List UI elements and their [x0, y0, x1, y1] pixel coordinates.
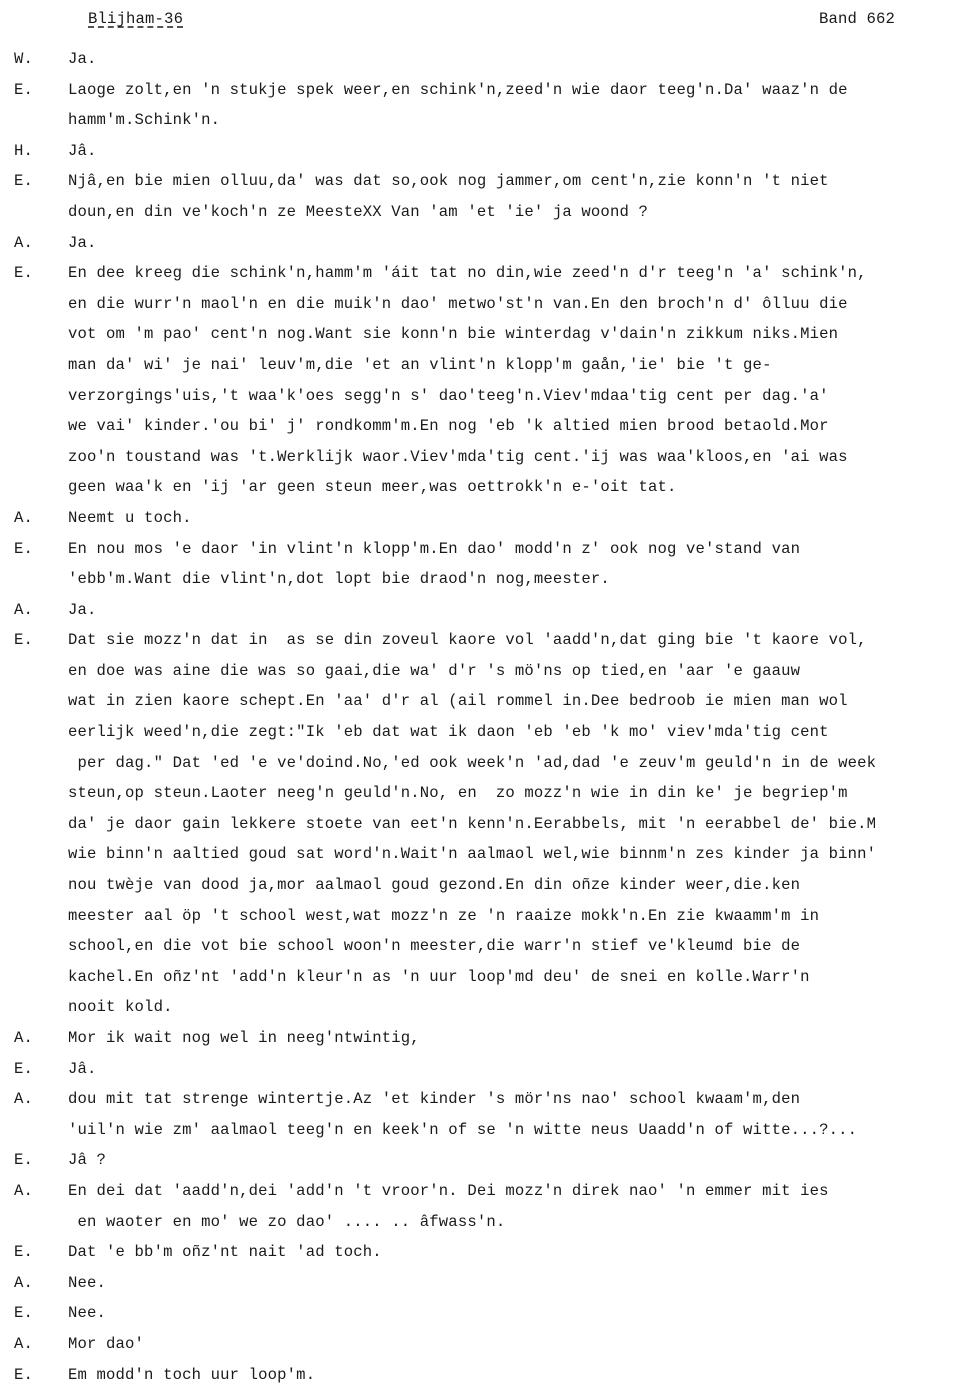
speech-line: Jâ. — [68, 136, 969, 167]
speech-text: Njâ,en bie mien olluu,da' was dat so,ook… — [68, 166, 973, 227]
transcript-body: W.Ja.E.Laoge zolt,en 'n stukje spek weer… — [0, 44, 973, 1390]
transcript-turn: E.En dee kreeg die schink'n,hamm'm 'áit … — [0, 258, 973, 503]
speech-line: Nee. — [68, 1298, 969, 1329]
speech-line: per dag." Dat 'ed 'e ve'doind.No,'ed ook… — [68, 748, 969, 779]
transcript-turn: A.Mor ik wait nog wel in neeg'ntwintig, — [0, 1023, 973, 1054]
speaker-label: W. — [0, 44, 68, 75]
speaker-label: E. — [0, 534, 68, 565]
speech-line: dou mit tat strenge wintertje.Az 'et kin… — [68, 1084, 969, 1115]
transcript-turn: E.Dat sie mozz'n dat in as se din zoveul… — [0, 625, 973, 1023]
transcript-page: Blijham-36 Band 662 W.Ja.E.Laoge zolt,en… — [0, 0, 973, 1393]
speech-line: Njâ,en bie mien olluu,da' was dat so,ook… — [68, 166, 969, 197]
speech-line: we vai' kinder.'ou bi' j' rondkomm'm.En … — [68, 411, 969, 442]
speech-text: Jâ. — [68, 136, 973, 167]
speech-text: Nee. — [68, 1268, 973, 1299]
speaker-label: A. — [0, 228, 68, 259]
speech-line: Jâ. — [68, 1054, 969, 1085]
transcript-turn: A.Ja. — [0, 595, 973, 626]
transcript-turn: E.Njâ,en bie mien olluu,da' was dat so,o… — [0, 166, 973, 227]
speech-text: En dei dat 'aadd'n,dei 'add'n 't vroor'n… — [68, 1176, 973, 1237]
speech-line: steun,op steun.Laoter neeg'n geuld'n.No,… — [68, 778, 969, 809]
transcript-turn: A.Mor dao' — [0, 1329, 973, 1360]
speech-line: Laoge zolt,en 'n stukje spek weer,en sch… — [68, 75, 969, 106]
speaker-label: A. — [0, 1176, 68, 1207]
speaker-label: E. — [0, 1298, 68, 1329]
transcript-turn: E.Jâ. — [0, 1054, 973, 1085]
speech-line: Jâ ? — [68, 1145, 969, 1176]
transcript-turn: E.Jâ ? — [0, 1145, 973, 1176]
speaker-label: E. — [0, 1145, 68, 1176]
speech-line: Neemt u toch. — [68, 503, 969, 534]
transcript-turn: A.En dei dat 'aadd'n,dei 'add'n 't vroor… — [0, 1176, 973, 1237]
speech-line: Mor ik wait nog wel in neeg'ntwintig, — [68, 1023, 969, 1054]
speech-text: En nou mos 'e daor 'in vlint'n klopp'm.E… — [68, 534, 973, 595]
transcript-turn: A.Nee. — [0, 1268, 973, 1299]
speech-text: Jâ. — [68, 1054, 973, 1085]
speech-line: En nou mos 'e daor 'in vlint'n klopp'm.E… — [68, 534, 969, 565]
speaker-label: A. — [0, 1023, 68, 1054]
document-title: Blijham-36 — [88, 10, 183, 28]
speech-line: meester aal öp 't school west,wat mozz'n… — [68, 901, 969, 932]
speech-text: Laoge zolt,en 'n stukje spek weer,en sch… — [68, 75, 973, 136]
speech-line: nou twèje van dood ja,mor aalmaol goud g… — [68, 870, 969, 901]
transcript-turn: E.Dat 'e bb'm oñz'nt nait 'ad toch. — [0, 1237, 973, 1268]
speech-line: vot om 'm pao' cent'n nog.Want sie konn'… — [68, 319, 969, 350]
speaker-label: E. — [0, 75, 68, 106]
speech-line: verzorgings'uis,'t waa'k'oes segg'n s' d… — [68, 381, 969, 412]
speech-line: Ja. — [68, 228, 969, 259]
transcript-turn: E.Laoge zolt,en 'n stukje spek weer,en s… — [0, 75, 973, 136]
transcript-turn: E.Em modd'n toch uur loop'm. — [0, 1360, 973, 1391]
speaker-label: E. — [0, 1054, 68, 1085]
transcript-turn: E.En nou mos 'e daor 'in vlint'n klopp'm… — [0, 534, 973, 595]
speech-line: hamm'm.Schink'n. — [68, 105, 969, 136]
speaker-label: H. — [0, 136, 68, 167]
transcript-turn: A.Neemt u toch. — [0, 503, 973, 534]
speech-line: nooit kold. — [68, 992, 969, 1023]
speech-line: man da' wi' je nai' leuv'm,die 'et an vl… — [68, 350, 969, 381]
speech-line: en waoter en mo' we zo dao' .... .. âfwa… — [68, 1207, 969, 1238]
speech-text: Neemt u toch. — [68, 503, 973, 534]
speaker-label: A. — [0, 595, 68, 626]
speech-text: Dat sie mozz'n dat in as se din zoveul k… — [68, 625, 973, 1023]
speech-line: Dat 'e bb'm oñz'nt nait 'ad toch. — [68, 1237, 969, 1268]
speech-line: en die wurr'n maol'n en die muik'n dao' … — [68, 289, 969, 320]
speech-line: eerlijk weed'n,die zegt:"Ik 'eb dat wat … — [68, 717, 969, 748]
speech-line: wie binn'n aaltied goud sat word'n.Wait'… — [68, 839, 969, 870]
speech-text: Ja. — [68, 595, 973, 626]
transcript-turn: H.Jâ. — [0, 136, 973, 167]
transcript-turn: A.dou mit tat strenge wintertje.Az 'et k… — [0, 1084, 973, 1145]
speech-text: Dat 'e bb'm oñz'nt nait 'ad toch. — [68, 1237, 973, 1268]
speech-text: Mor dao' — [68, 1329, 973, 1360]
band-number: Band 662 — [819, 10, 895, 28]
speech-line: 'uil'n wie zm' aalmaol teeg'n en keek'n … — [68, 1115, 969, 1146]
transcript-turn: A.Ja. — [0, 228, 973, 259]
speech-line: 'ebb'm.Want die vlint'n,dot lopt bie dra… — [68, 564, 969, 595]
speech-line: Dat sie mozz'n dat in as se din zoveul k… — [68, 625, 969, 656]
speaker-label: E. — [0, 625, 68, 656]
speech-line: da' je daor gain lekkere stoete van eet'… — [68, 809, 969, 840]
speech-line: En dei dat 'aadd'n,dei 'add'n 't vroor'n… — [68, 1176, 969, 1207]
speech-text: dou mit tat strenge wintertje.Az 'et kin… — [68, 1084, 973, 1145]
speaker-label: E. — [0, 166, 68, 197]
speech-line: Mor dao' — [68, 1329, 969, 1360]
speech-text: Em modd'n toch uur loop'm. — [68, 1360, 973, 1391]
speech-line: Ja. — [68, 44, 969, 75]
speaker-label: E. — [0, 1360, 68, 1391]
speaker-label: E. — [0, 258, 68, 289]
speech-line: doun,en din ve'koch'n ze MeesteXX Van 'a… — [68, 197, 969, 228]
speech-line: Em modd'n toch uur loop'm. — [68, 1360, 969, 1391]
speech-line: geen waa'k en 'ij 'ar geen steun meer,wa… — [68, 472, 969, 503]
speech-line: zoo'n toustand was 't.Werklijk waor.Viev… — [68, 442, 969, 473]
transcript-turn: E.Nee. — [0, 1298, 973, 1329]
speech-text: Mor ik wait nog wel in neeg'ntwintig, — [68, 1023, 973, 1054]
speech-text: En dee kreeg die schink'n,hamm'm 'áit ta… — [68, 258, 973, 503]
speech-text: Nee. — [68, 1298, 973, 1329]
speech-line: En dee kreeg die schink'n,hamm'm 'áit ta… — [68, 258, 969, 289]
speech-text: Ja. — [68, 44, 973, 75]
speaker-label: A. — [0, 503, 68, 534]
speaker-label: A. — [0, 1329, 68, 1360]
speaker-label: A. — [0, 1084, 68, 1115]
speech-line: Ja. — [68, 595, 969, 626]
speech-text: Ja. — [68, 228, 973, 259]
speech-line: wat in zien kaore schept.En 'aa' d'r al … — [68, 686, 969, 717]
speech-line: Nee. — [68, 1268, 969, 1299]
speech-line: en doe was aine die was so gaai,die wa' … — [68, 656, 969, 687]
speaker-label: A. — [0, 1268, 68, 1299]
speech-line: kachel.En oñz'nt 'add'n kleur'n as 'n uu… — [68, 962, 969, 993]
transcript-turn: W.Ja. — [0, 44, 973, 75]
speech-text: Jâ ? — [68, 1145, 973, 1176]
speaker-label: E. — [0, 1237, 68, 1268]
speech-line: school,en die vot bie school woon'n mees… — [68, 931, 969, 962]
